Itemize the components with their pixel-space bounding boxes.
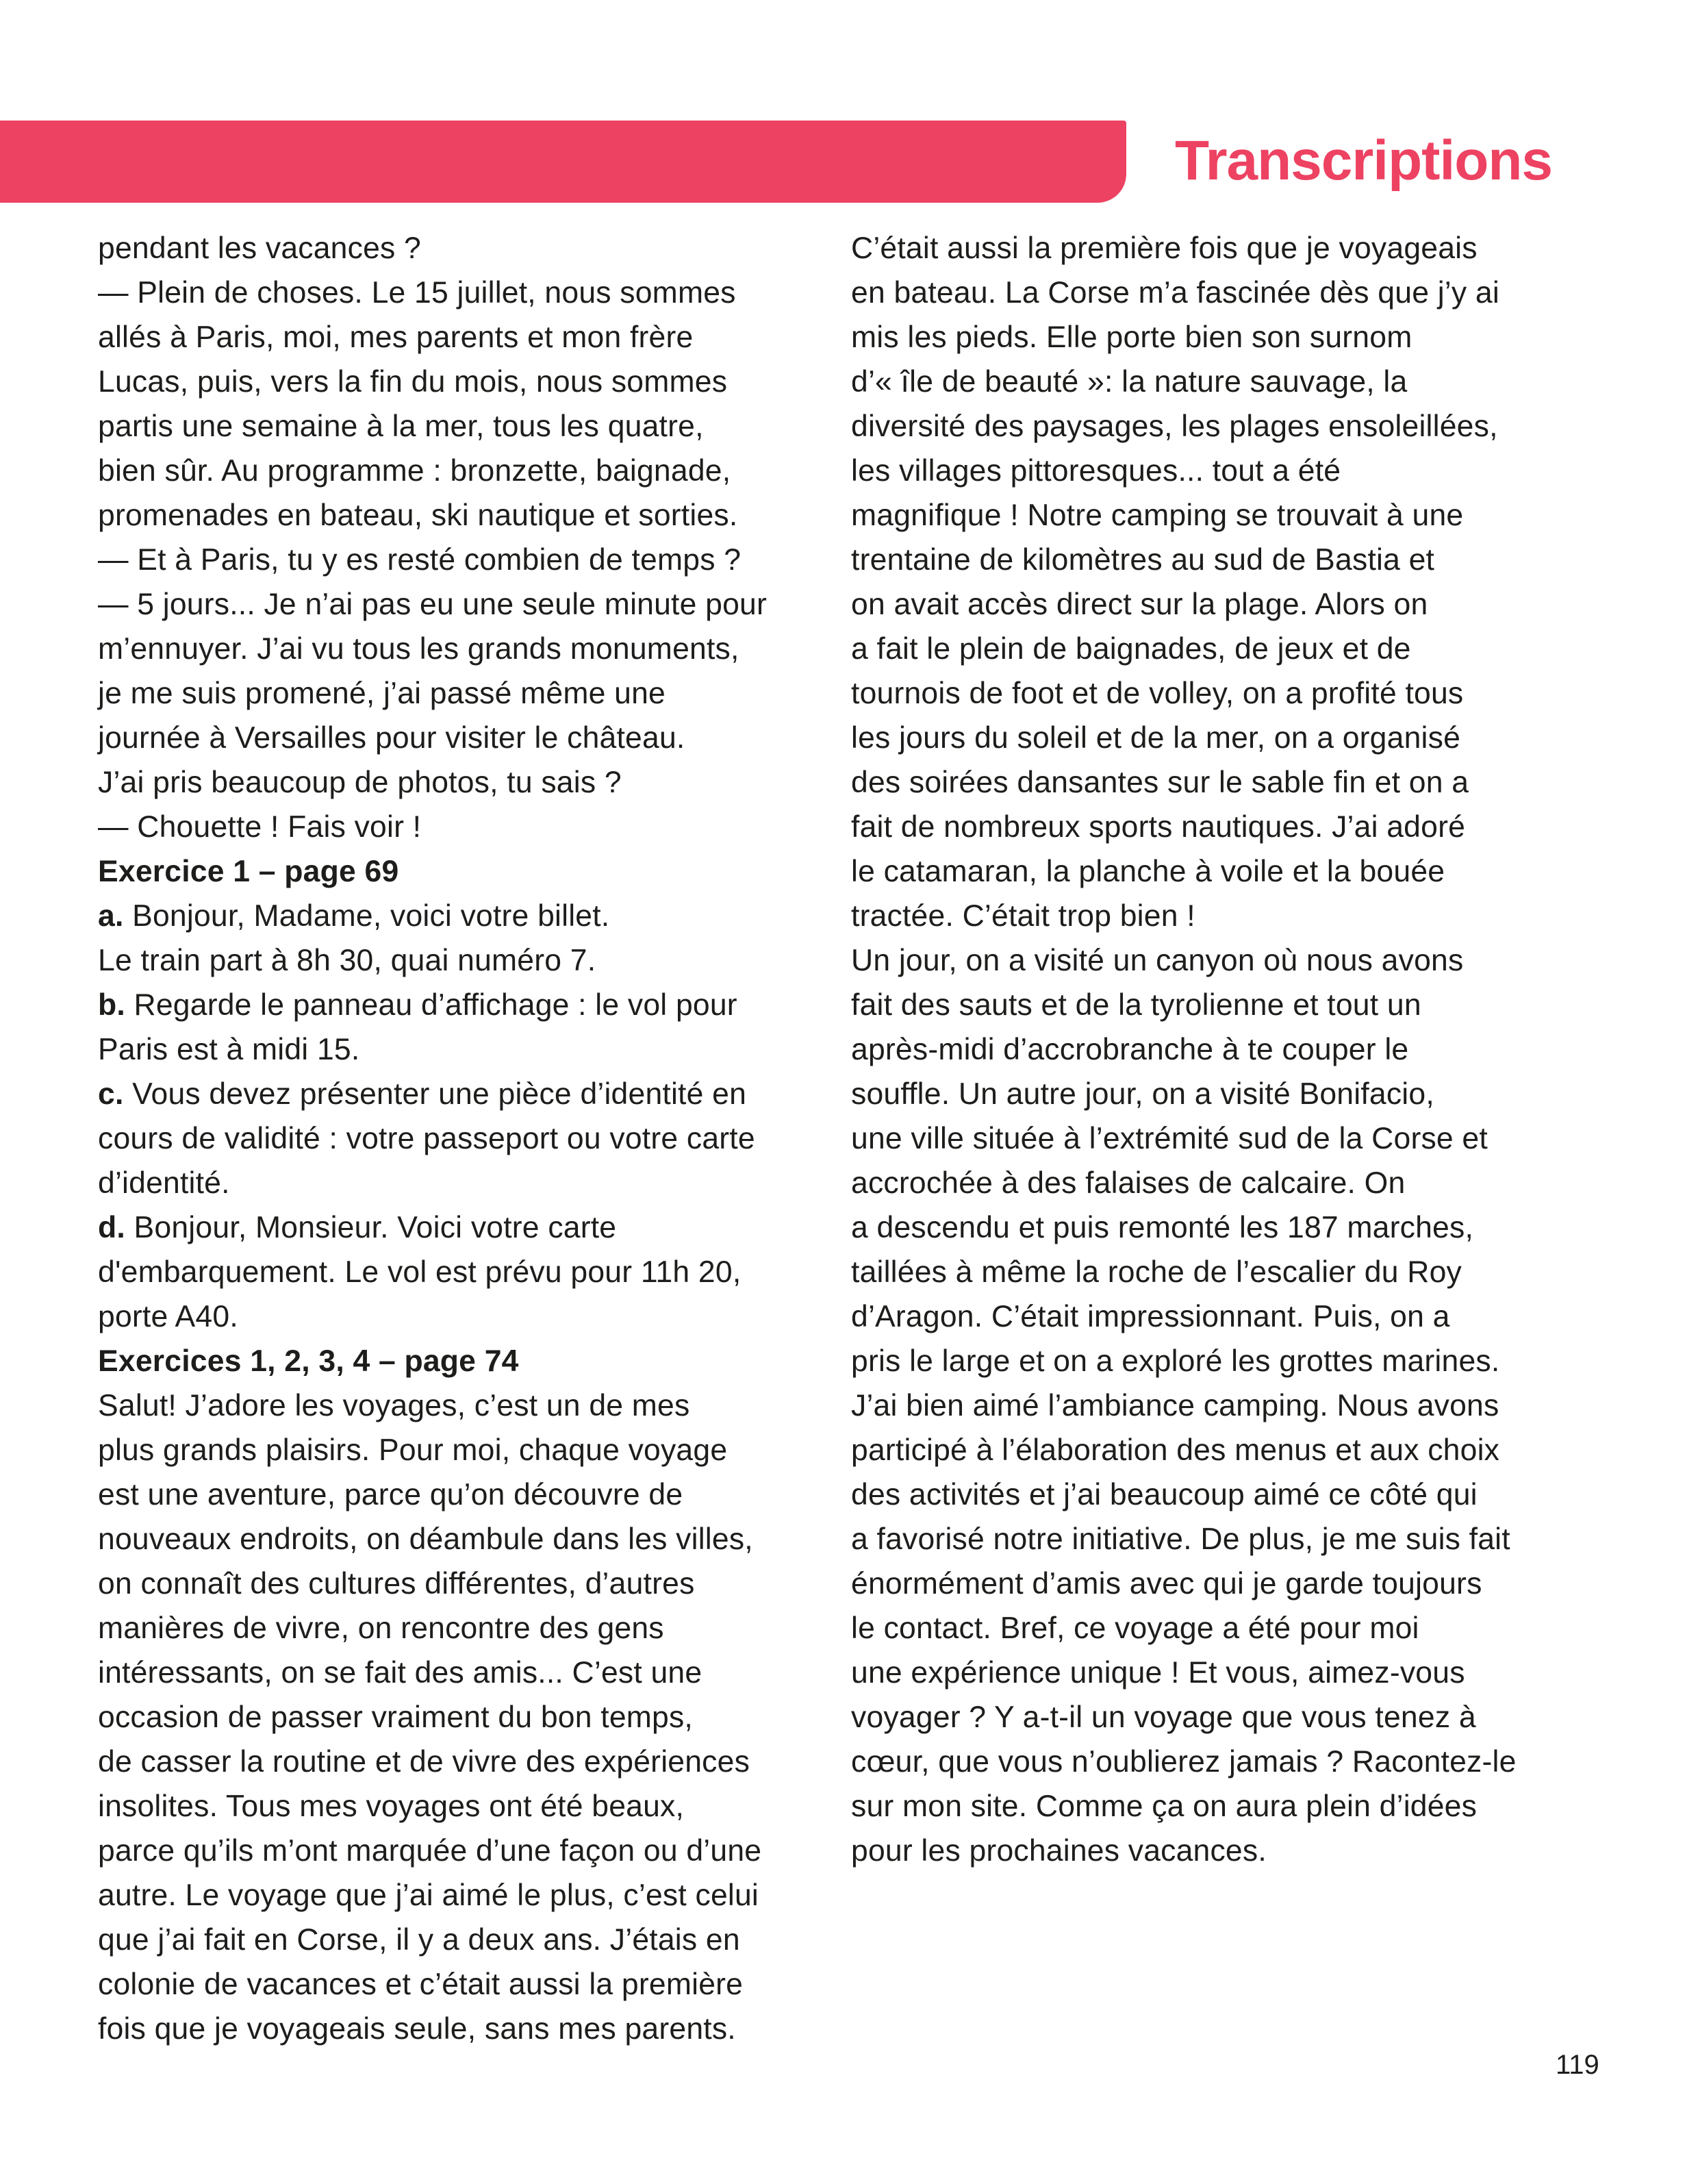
left-column: pendant les vacances ? — Plein de choses… <box>98 226 837 2051</box>
text-line: m’ennuyer. J’ai vu tous les grands monum… <box>98 627 837 671</box>
text-line: Un jour, on a visité un canyon où nous a… <box>851 938 1591 983</box>
text-line: trentaine de kilomètres au sud de Bastia… <box>851 538 1591 582</box>
text-line: diversité des paysages, les plages ensol… <box>851 404 1591 449</box>
text-line: fois que je voyageais seule, sans mes pa… <box>98 2007 837 2051</box>
text-line: — Et à Paris, tu y es resté combien de t… <box>98 538 837 582</box>
exercise-item-d: d. Bonjour, Monsieur. Voici votre carte <box>98 1205 837 1250</box>
text-line: que j’ai fait en Corse, il y a deux ans.… <box>98 1918 837 1962</box>
text-line: promenades en bateau, ski nautique et so… <box>98 493 837 538</box>
exercise-item-a: a. Bonjour, Madame, voici votre billet. <box>98 894 837 938</box>
text-line: Lucas, puis, vers la fin du mois, nous s… <box>98 360 837 404</box>
exercise-item-b: b. Regarde le panneau d’affichage : le v… <box>98 983 837 1027</box>
text-line: tournois de foot et de volley, on a prof… <box>851 671 1591 716</box>
text-line: cœur, que vous n’oublierez jamais ? Raco… <box>851 1740 1591 1784</box>
text-line: a descendu et puis remonté les 187 march… <box>851 1205 1591 1250</box>
text-line: intéressants, on se fait des amis... C’e… <box>98 1650 837 1695</box>
text-line: journée à Versailles pour visiter le châ… <box>98 716 837 760</box>
text-line: une ville située à l’extrémité sud de la… <box>851 1116 1591 1161</box>
text-line: pris le large et on a exploré les grotte… <box>851 1339 1591 1383</box>
text-line: les villages pittoresques... tout a été <box>851 449 1591 493</box>
text-line: fait de nombreux sports nautiques. J’ai … <box>851 805 1591 849</box>
text-line: parce qu’ils m’ont marquée d’une façon o… <box>98 1829 837 1873</box>
text-line: a favorisé notre initiative. De plus, je… <box>851 1517 1591 1561</box>
item-text: Bonjour, Monsieur. Voici votre carte <box>125 1211 616 1244</box>
text-line: taillées à même la roche de l’escalier d… <box>851 1250 1591 1294</box>
text-line: Paris est à midi 15. <box>98 1027 837 1072</box>
right-column: C’était aussi la première fois que je vo… <box>851 226 1591 1873</box>
text-line: d’identité. <box>98 1161 837 1205</box>
text-line: on avait accès direct sur la plage. Alor… <box>851 582 1591 627</box>
page-number: 119 <box>1556 2050 1599 2081</box>
text-line: souffle. Un autre jour, on a visité Boni… <box>851 1072 1591 1116</box>
item-text: Regarde le panneau d’affichage : le vol … <box>125 988 737 1022</box>
text-line: Salut! J’adore les voyages, c’est un de … <box>98 1383 837 1428</box>
text-line: une expérience unique ! Et vous, aimez-v… <box>851 1650 1591 1695</box>
text-line: le contact. Bref, ce voyage a été pour m… <box>851 1606 1591 1650</box>
item-label: b. <box>98 988 125 1022</box>
text-line: J’ai pris beaucoup de photos, tu sais ? <box>98 760 837 805</box>
text-line: d'embarquement. Le vol est prévu pour 11… <box>98 1250 837 1294</box>
item-label: a. <box>98 899 124 933</box>
text-line: en bateau. La Corse m’a fascinée dès que… <box>851 271 1591 315</box>
text-line: voyager ? Y a-t-il un voyage que vous te… <box>851 1695 1591 1740</box>
text-line: manières de vivre, on rencontre des gens <box>98 1606 837 1650</box>
text-line: des activités et j’ai beaucoup aimé ce c… <box>851 1472 1591 1517</box>
text-line: — Plein de choses. Le 15 juillet, nous s… <box>98 271 837 315</box>
text-line: C’était aussi la première fois que je vo… <box>851 226 1591 271</box>
text-line: plus grands plaisirs. Pour moi, chaque v… <box>98 1428 837 1472</box>
exercise-heading: Exercices 1, 2, 3, 4 – page 74 <box>98 1339 837 1383</box>
text-line: a fait le plein de baignades, de jeux et… <box>851 627 1591 671</box>
item-label: c. <box>98 1077 124 1111</box>
text-line: insolites. Tous mes voyages ont été beau… <box>98 1784 837 1829</box>
text-line: on connaît des cultures différentes, d’a… <box>98 1561 837 1606</box>
text-line: allés à Paris, moi, mes parents et mon f… <box>98 315 837 360</box>
text-line: — Chouette ! Fais voir ! <box>98 805 837 849</box>
item-label: d. <box>98 1211 125 1244</box>
text-line: partis une semaine à la mer, tous les qu… <box>98 404 837 449</box>
text-line: le catamaran, la planche à voile et la b… <box>851 849 1591 894</box>
text-line: nouveaux endroits, on déambule dans les … <box>98 1517 837 1561</box>
text-line: je me suis promené, j’ai passé même une <box>98 671 837 716</box>
text-line: est une aventure, parce qu’on découvre d… <box>98 1472 837 1517</box>
text-line: pendant les vacances ? <box>98 226 837 271</box>
text-line: fait des sauts et de la tyrolienne et to… <box>851 983 1591 1027</box>
page-title: Transcriptions <box>1175 127 1552 194</box>
header-banner <box>0 121 1126 203</box>
exercise-heading: Exercice 1 – page 69 <box>98 849 837 894</box>
exercise-item-c: c. Vous devez présenter une pièce d’iden… <box>98 1072 837 1116</box>
text-line: J’ai bien aimé l’ambiance camping. Nous … <box>851 1383 1591 1428</box>
text-line: bien sûr. Au programme : bronzette, baig… <box>98 449 837 493</box>
text-line: Le train part à 8h 30, quai numéro 7. <box>98 938 837 983</box>
text-line: les jours du soleil et de la mer, on a o… <box>851 716 1591 760</box>
text-line: tractée. C’était trop bien ! <box>851 894 1591 938</box>
text-line: mis les pieds. Elle porte bien son surno… <box>851 315 1591 360</box>
text-line: occasion de passer vraiment du bon temps… <box>98 1695 837 1740</box>
text-line: pour les prochaines vacances. <box>851 1829 1591 1873</box>
text-line: accrochée à des falaises de calcaire. On <box>851 1161 1591 1205</box>
text-line: autre. Le voyage que j’ai aimé le plus, … <box>98 1873 837 1918</box>
text-line: magnifique ! Notre camping se trouvait à… <box>851 493 1591 538</box>
text-line: des soirées dansantes sur le sable fin e… <box>851 760 1591 805</box>
text-line: énormément d’amis avec qui je garde touj… <box>851 1561 1591 1606</box>
text-line: participé à l’élaboration des menus et a… <box>851 1428 1591 1472</box>
text-line: sur mon site. Comme ça on aura plein d’i… <box>851 1784 1591 1829</box>
item-text: Bonjour, Madame, voici votre billet. <box>124 899 610 933</box>
text-line: de casser la routine et de vivre des exp… <box>98 1740 837 1784</box>
text-line: porte A40. <box>98 1294 837 1339</box>
text-line: — 5 jours... Je n’ai pas eu une seule mi… <box>98 582 837 627</box>
text-line: après-midi d’accrobranche à te couper le <box>851 1027 1591 1072</box>
text-line: colonie de vacances et c’était aussi la … <box>98 1962 837 2007</box>
text-line: d’« île de beauté »: la nature sauvage, … <box>851 360 1591 404</box>
text-line: cours de validité : votre passeport ou v… <box>98 1116 837 1161</box>
item-text: Vous devez présenter une pièce d’identit… <box>124 1077 747 1111</box>
text-line: d’Aragon. C’était impressionnant. Puis, … <box>851 1294 1591 1339</box>
